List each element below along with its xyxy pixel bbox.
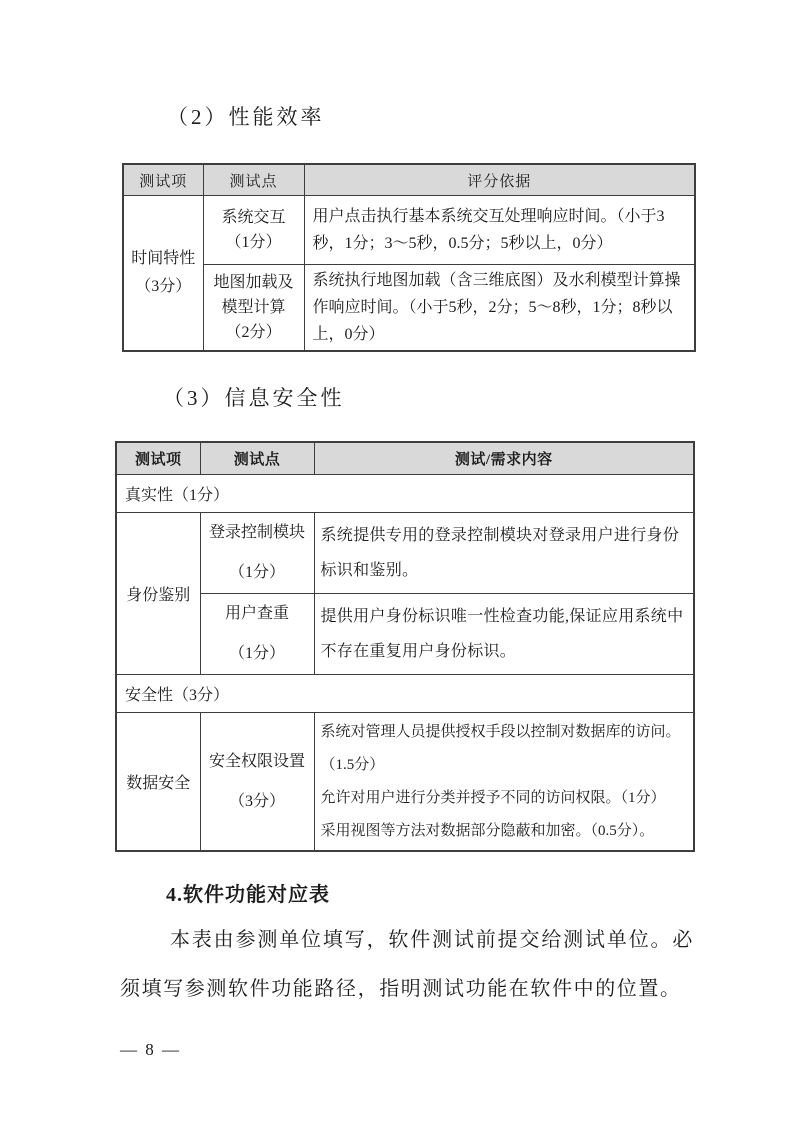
cell-identity-authentication: 身份鉴别: [116, 513, 200, 675]
cell-data-security: 数据安全: [116, 713, 200, 852]
section-heading-function-mapping: 4.软件功能对应表: [166, 878, 330, 907]
table-row: 用户查重 （1分） 提供用户身份标识唯一性检查功能,保证应用系统中不存在重复用户…: [116, 594, 694, 675]
header-cell-test-item: 测试项: [116, 442, 200, 475]
table-row: 数据安全 安全权限设置 （3分） 系统对管理人员提供授权手段以控制对数据库的访问…: [116, 713, 694, 852]
cell-login-control-module: 登录控制模块 （1分）: [200, 513, 314, 594]
cell-system-interaction: 系统交互 （1分）: [203, 196, 304, 265]
section-heading-security: （3）信息安全性: [163, 382, 345, 412]
table-row: 身份鉴别 登录控制模块 （1分） 系统提供专用的登录控制模块对登录用户进行身份标…: [116, 513, 694, 594]
cell-authenticity: 真实性（1分）: [116, 475, 694, 513]
security-table-header-row: 测试项 测试点 测试/需求内容: [116, 442, 694, 475]
cell-map-loading-basis: 系统执行地图加载（含三维底图）及水利模型计算操作响应时间。（小于5秒，2分；5～…: [304, 265, 695, 352]
cell-permission-setting: 安全权限设置 （3分）: [200, 713, 314, 852]
performance-table: 测试项 测试点 评分依据 时间特性 （3分） 系统交互 （1分） 用户点击执行基…: [122, 163, 696, 352]
table-row-security: 安全性（3分）: [116, 675, 694, 713]
function-mapping-paragraph: 本表由参测单位填写，软件测试前提交给测试单位。必须填写参测软件功能路径，指明测试…: [120, 916, 694, 1014]
security-table: 测试项 测试点 测试/需求内容 真实性（1分） 身份鉴别 登录控制模块 （1分）…: [115, 441, 695, 852]
cell-security: 安全性（3分）: [116, 675, 694, 713]
table-row: 时间特性 （3分） 系统交互 （1分） 用户点击执行基本系统交互处理响应时间。（…: [123, 196, 695, 265]
table-row-authenticity: 真实性（1分）: [116, 475, 694, 513]
cell-user-duplicate-check: 用户查重 （1分）: [200, 594, 314, 675]
performance-table-header-row: 测试项 测试点 评分依据: [123, 164, 695, 196]
cell-login-control-content: 系统提供专用的登录控制模块对登录用户进行身份标识和鉴别。: [314, 513, 694, 594]
cell-permission-content: 系统对管理人员提供授权手段以控制对数据库的访问。（1.5分） 允许对用户进行分类…: [314, 713, 694, 852]
header-cell-test-point: 测试点: [203, 164, 304, 196]
cell-map-loading: 地图加载及 模型计算 （2分）: [203, 265, 304, 352]
page-number: — 8 —: [120, 1040, 181, 1060]
table-row: 地图加载及 模型计算 （2分） 系统执行地图加载（含三维底图）及水利模型计算操作…: [123, 265, 695, 352]
cell-time-characteristic: 时间特性 （3分）: [123, 196, 203, 352]
section-heading-performance: （2）性能效率: [167, 101, 325, 131]
cell-user-duplicate-content: 提供用户身份标识唯一性检查功能,保证应用系统中不存在重复用户身份标识。: [314, 594, 694, 675]
header-cell-test-item: 测试项: [123, 164, 203, 196]
document-page: （2）性能效率 测试项 测试点 评分依据 时间特性 （3分） 系统交互 （1分）…: [0, 0, 800, 1131]
header-cell-test-point: 测试点: [200, 442, 314, 475]
cell-system-interaction-basis: 用户点击执行基本系统交互处理响应时间。（小于3秒，1分；3～5秒，0.5分；5秒…: [304, 196, 695, 265]
header-cell-score-basis: 评分依据: [304, 164, 695, 196]
header-cell-test-requirement: 测试/需求内容: [314, 442, 694, 475]
